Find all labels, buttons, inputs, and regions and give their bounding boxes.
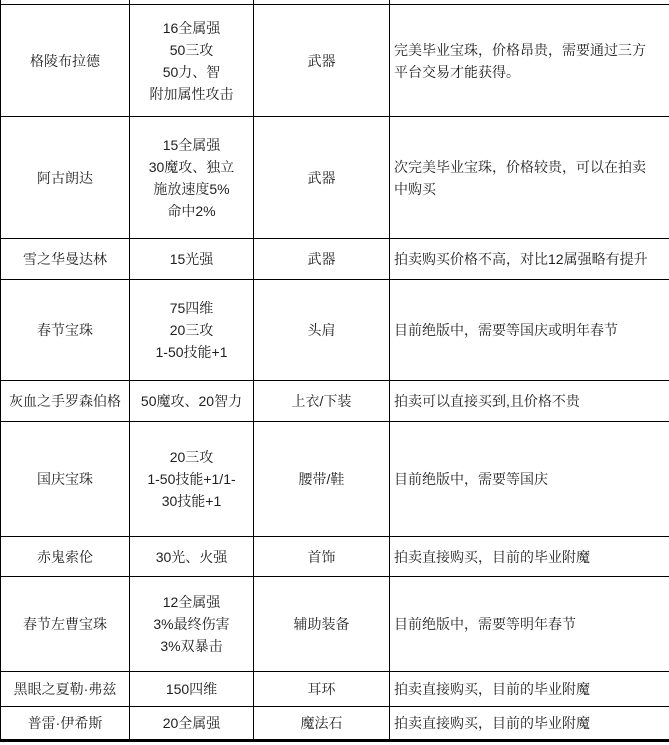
item-slot-cell: 腰带/鞋 [254,422,390,537]
item-desc-cell: 目前绝版中，需要等国庆 [390,422,669,537]
table-row: 春节左曹宝珠 12全属强 3%最终伤害 3%双暴击 辅助装备 目前绝版中，需要等… [1,577,669,672]
item-name-cell: 黑眼之夏勒·弗兹 [1,672,130,707]
item-desc-cell: 次完美毕业宝珠，价格较贵，可以在拍卖 中购买 [390,117,669,239]
table-row: 春节宝珠 75四维 20三攻 1-50技能+1 头肩 目前绝版中，需要等国庆或明… [1,280,669,381]
table-row: 国庆宝珠 20三攻 1-50技能+1/1- 30技能+1 腰带/鞋 目前绝版中，… [1,422,669,537]
table-row: 灰血之手罗森伯格 50魔攻、20智力 上衣/下装 拍卖可以直接买到,且价格不贵 [1,381,669,422]
item-name-cell: 赤鬼索伦 [1,537,130,577]
item-slot-cell: 武器 [254,117,390,239]
item-desc-cell: 拍卖直接购买，目前的毕业附魔 [390,537,669,577]
item-stats-cell: 12全属强 3%最终伤害 3%双暴击 [130,577,254,672]
item-name-cell: 国庆宝珠 [1,422,130,537]
table-row: 赤鬼索伦 30光、火强 首饰 拍卖直接购买，目前的毕业附魔 [1,537,669,577]
item-slot-cell: 头肩 [254,280,390,381]
item-name-cell: 春节左曹宝珠 [1,577,130,672]
item-desc-cell: 目前绝版中，需要等国庆或明年春节 [390,280,669,381]
item-stats-cell: 150四维 [130,672,254,707]
item-desc-cell: 目前绝版中，需要等明年春节 [390,577,669,672]
item-name-cell: 普雷·伊希斯 [1,707,130,741]
item-stats-cell: 75四维 20三攻 1-50技能+1 [130,280,254,381]
item-stats-cell: 30光、火强 [130,537,254,577]
item-stats-cell: 16全属强 50三攻 50力、智 附加属性攻击 [130,5,254,117]
table-row: 阿古朗达 15全属强 30魔攻、独立 施放速度5% 命中2% 武器 次完美毕业宝… [1,117,669,239]
item-stats-cell: 20全属强 [130,707,254,741]
item-desc-cell: 完美毕业宝珠，价格昂贵，需要通过三方 平台交易才能获得。 [390,5,669,117]
item-slot-cell: 耳环 [254,672,390,707]
item-desc-cell: 拍卖可以直接买到,且价格不贵 [390,381,669,422]
item-stats-cell: 15光强 [130,239,254,280]
item-stats-cell: 50魔攻、20智力 [130,381,254,422]
item-name-cell: 灰血之手罗森伯格 [1,381,130,422]
item-slot-cell: 首饰 [254,537,390,577]
item-slot-cell: 武器 [254,5,390,117]
item-slot-cell: 武器 [254,239,390,280]
item-slot-cell: 上衣/下装 [254,381,390,422]
item-stats-cell: 15全属强 30魔攻、独立 施放速度5% 命中2% [130,117,254,239]
item-name-cell: 春节宝珠 [1,280,130,381]
item-desc-cell: 拍卖直接购买，目前的毕业附魔 [390,672,669,707]
item-name-cell: 雪之华曼达林 [1,239,130,280]
table-row: 雪之华曼达林 15光强 武器 拍卖购买价格不高，对比12属强略有提升 [1,239,669,280]
table-row: 普雷·伊希斯 20全属强 魔法石 拍卖直接购买，目前的毕业附魔 [1,707,669,741]
table-row: 黑眼之夏勒·弗兹 150四维 耳环 拍卖直接购买，目前的毕业附魔 [1,672,669,707]
item-desc-cell: 拍卖直接购买，目前的毕业附魔 [390,707,669,741]
gem-enchant-table: 格陵布拉德 16全属强 50三攻 50力、智 附加属性攻击 武器 完美毕业宝珠，… [0,0,669,742]
item-name-cell: 阿古朗达 [1,117,130,239]
item-desc-cell: 拍卖购买价格不高，对比12属强略有提升 [390,239,669,280]
item-slot-cell: 辅助装备 [254,577,390,672]
table-row: 格陵布拉德 16全属强 50三攻 50力、智 附加属性攻击 武器 完美毕业宝珠，… [1,5,669,117]
item-name-cell: 格陵布拉德 [1,5,130,117]
item-stats-cell: 20三攻 1-50技能+1/1- 30技能+1 [130,422,254,537]
item-slot-cell: 魔法石 [254,707,390,741]
